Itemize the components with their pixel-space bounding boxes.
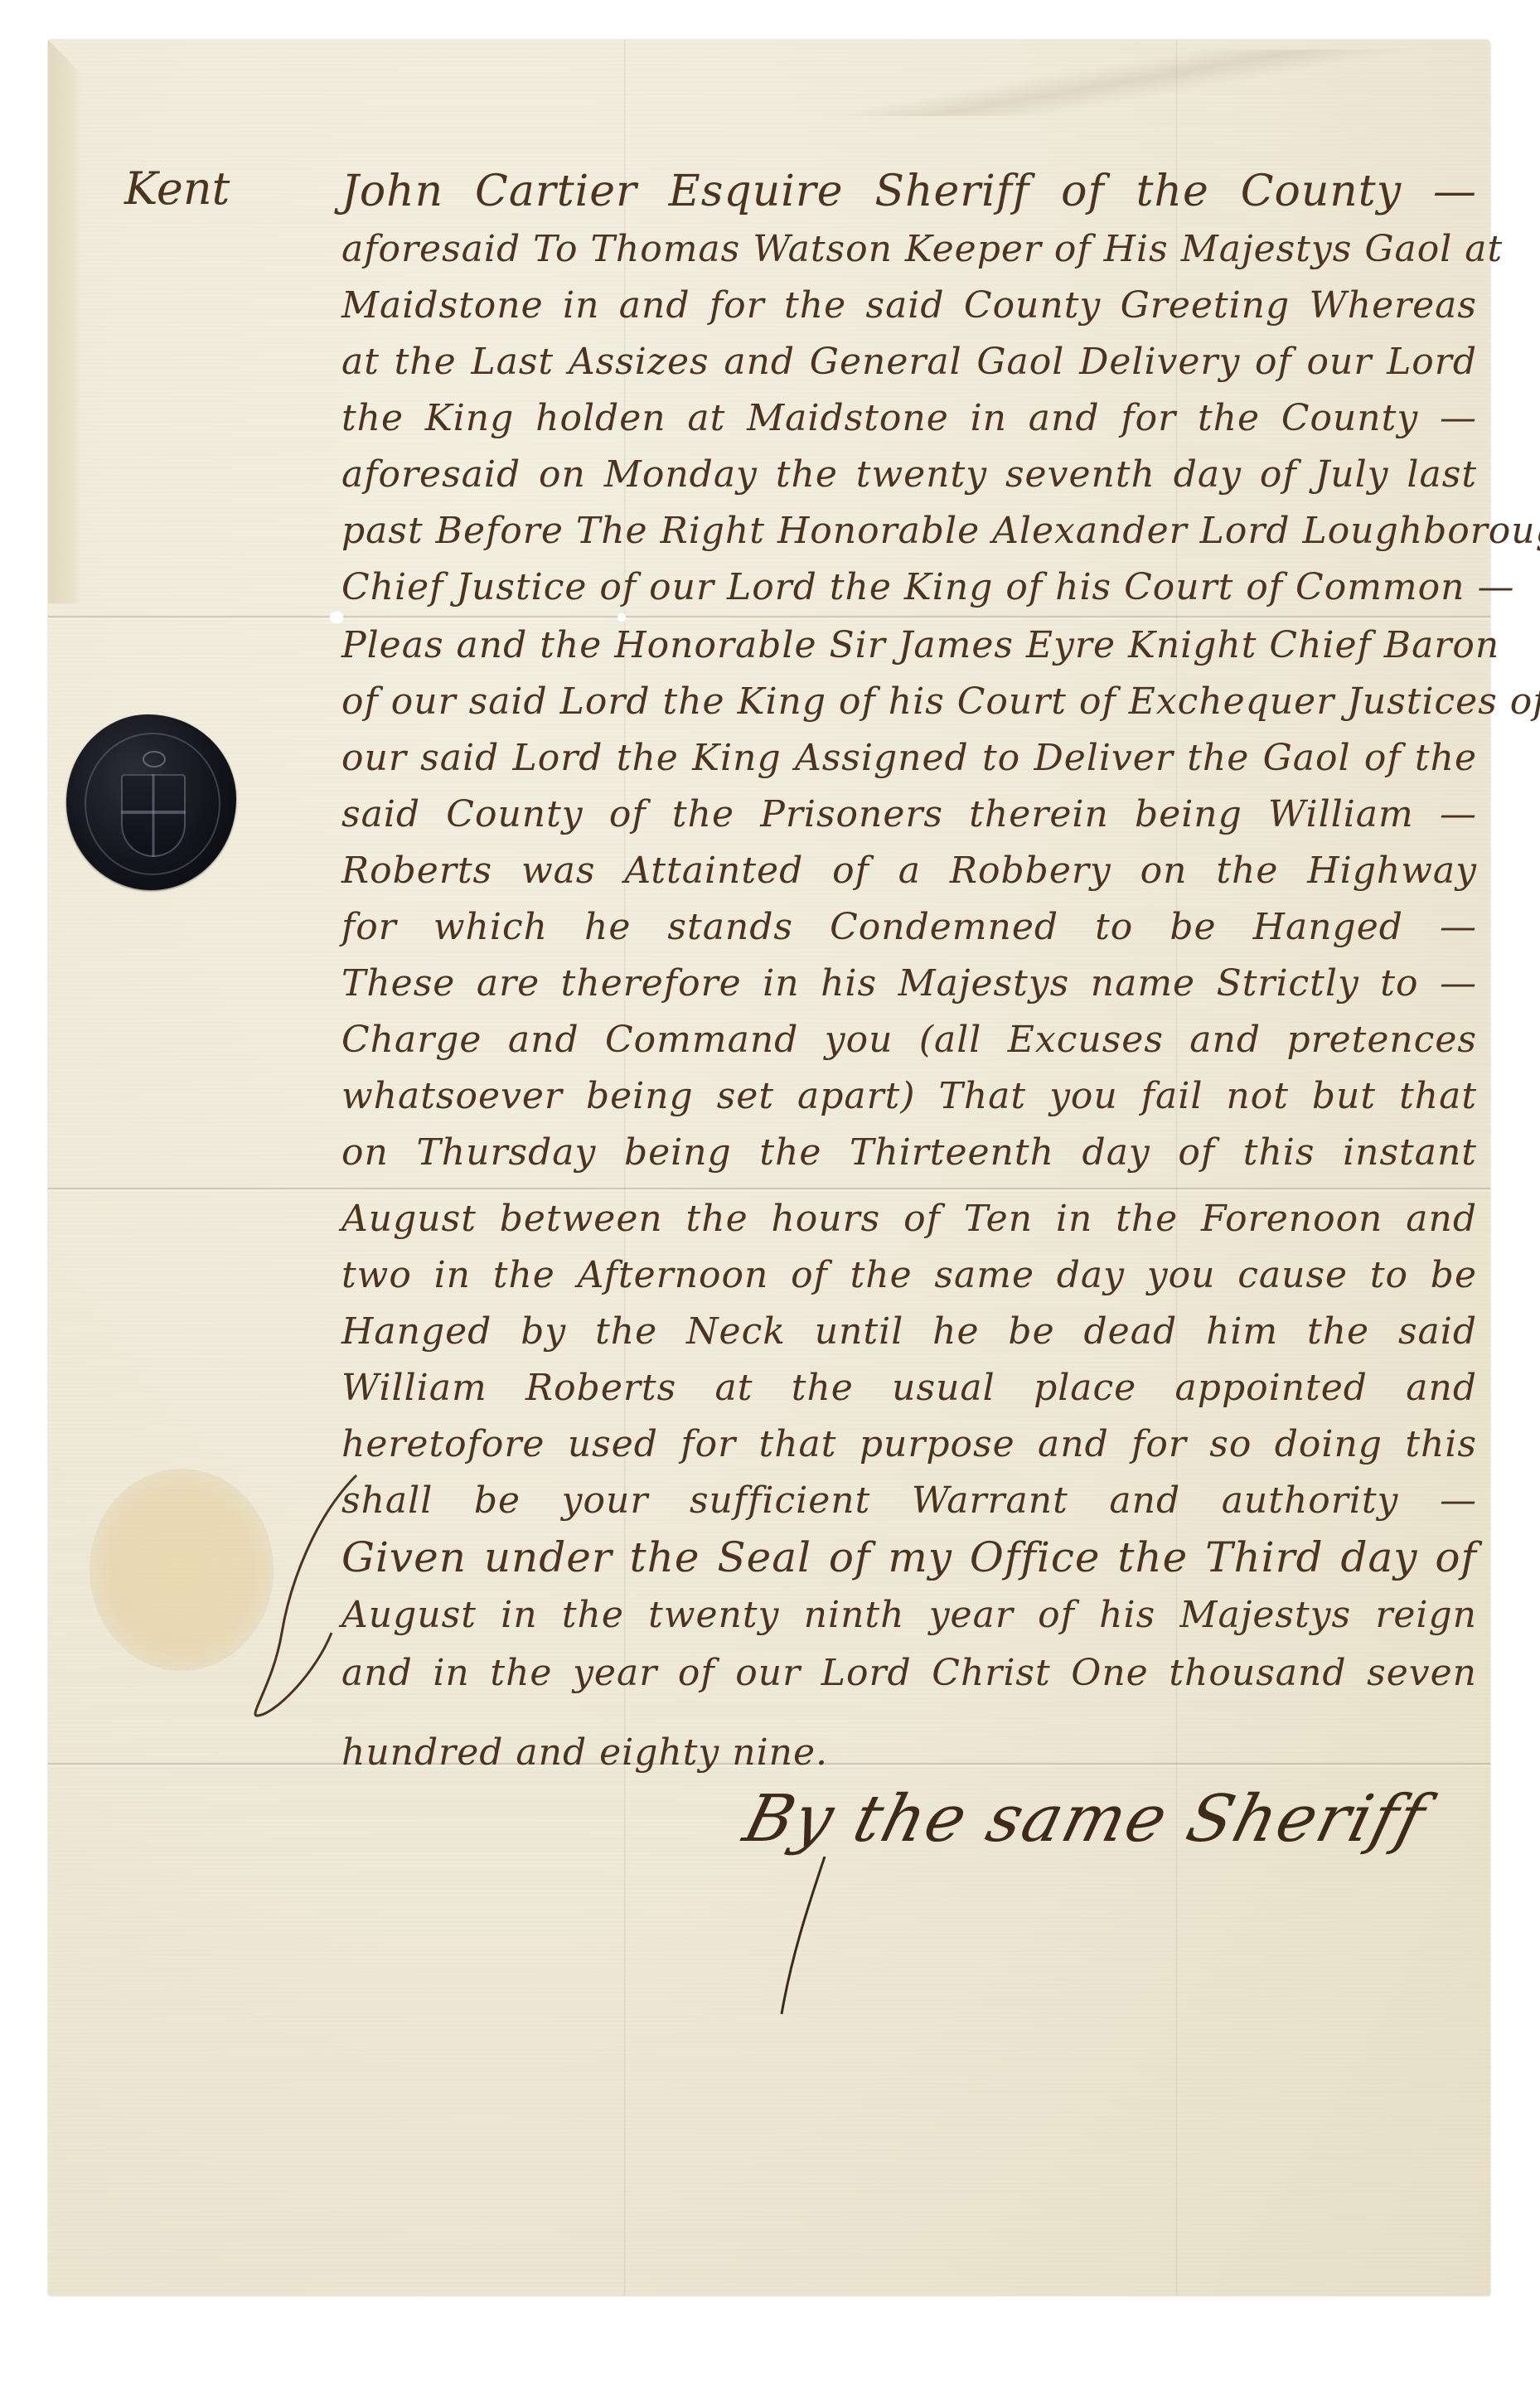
text-line: August in the twenty ninth year of his M… [341, 1586, 1477, 1644]
warrant-text: Kent John Cartier Esquire Sheriff of the… [0, 0, 1540, 2387]
text-line: August between the hours of Ten in the F… [341, 1190, 1477, 1248]
text-line: aforesaid To Thomas Watson Keeper of His… [341, 220, 1477, 278]
text-line: for which he stands Condemned to be Hang… [341, 898, 1477, 956]
text-line: past Before The Right Honorable Alexande… [341, 502, 1477, 560]
text-line: Chief Justice of our Lord the King of hi… [341, 559, 1477, 617]
text-line: our said Lord the King Assigned to Deliv… [341, 729, 1477, 787]
text-line: William Roberts at the usual place appoi… [341, 1359, 1477, 1417]
text-line: shall be your sufficient Warrant and aut… [341, 1472, 1477, 1530]
text-line: whatsoever being set apart) That you fai… [341, 1068, 1477, 1126]
text-line: Charge and Command you (all Excuses and … [341, 1011, 1477, 1069]
text-line: and in the year of our Lord Christ One t… [341, 1644, 1477, 1702]
text-line: Roberts was Attainted of a Robbery on th… [341, 842, 1477, 900]
text-line: two in the Afternoon of the same day you… [341, 1247, 1477, 1305]
county-heading: Kent [124, 162, 230, 215]
text-line: hundred and eighty nine. [341, 1724, 1477, 1782]
text-line: on Thursday being the Thirteenth day of … [341, 1124, 1477, 1182]
text-line: Given under the Seal of my Office the Th… [341, 1528, 1477, 1586]
text-line: said County of the Prisoners therein bei… [341, 786, 1477, 844]
text-line: of our said Lord the King of his Court o… [341, 673, 1477, 731]
text-line: Maidstone in and for the said County Gre… [341, 277, 1477, 335]
text-line: heretofore used for that purpose and for… [341, 1416, 1477, 1474]
sheriff-signature: By the same Sheriff [737, 1782, 1433, 1857]
text-line: the King holden at Maidstone in and for … [341, 390, 1477, 448]
text-line: aforesaid on Monday the twenty seventh d… [341, 446, 1477, 504]
text-line: John Cartier Esquire Sheriff of the Coun… [341, 162, 1477, 220]
signature-flourish-icon [775, 1857, 833, 2022]
text-line: These are therefore in his Majestys name… [341, 955, 1477, 1013]
text-line: at the Last Assizes and General Gaol Del… [341, 333, 1477, 391]
text-line: Hanged by the Neck until he be dead him … [341, 1303, 1477, 1361]
text-line: Pleas and the Honorable Sir James Eyre K… [341, 617, 1477, 675]
